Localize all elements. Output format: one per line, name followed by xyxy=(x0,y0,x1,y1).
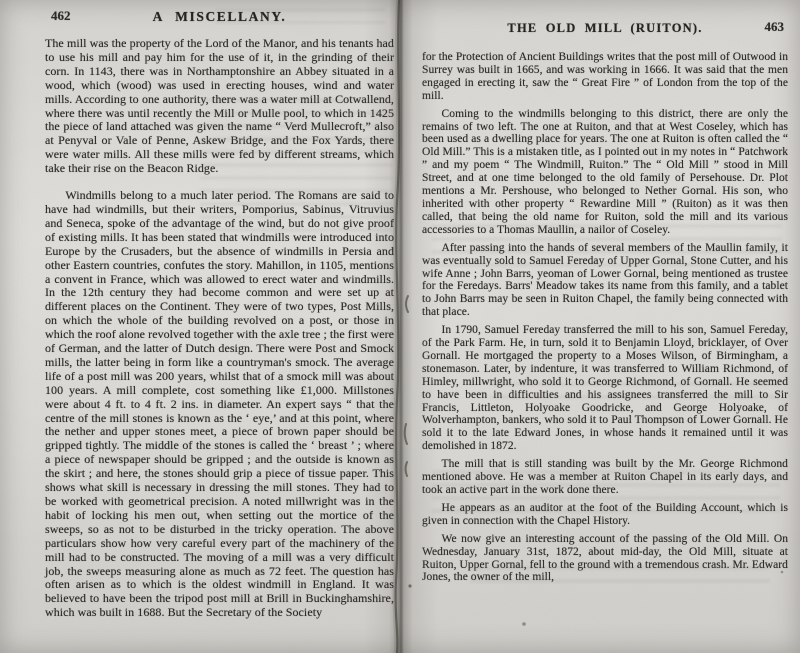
left-running-head: 462 A MISCELLANY. xyxy=(45,8,394,26)
paragraph: In 1790, Samuel Fereday transferred the … xyxy=(422,324,788,453)
right-page-body: for the Protection of Ancient Buildings … xyxy=(422,51,788,584)
page-left: 462 A MISCELLANY. The mill was the prope… xyxy=(0,0,400,653)
right-running-head: THE OLD MILL (RUITON). 463 xyxy=(422,19,788,37)
paragraph: The mill was the property of the Lord of… xyxy=(45,37,394,176)
paragraph: After passing into the hands of several … xyxy=(422,242,788,319)
right-page-title: THE OLD MILL (RUITON). xyxy=(507,21,702,35)
paragraph: He appears as an auditor at the foot of … xyxy=(422,502,788,528)
left-page-body: The mill was the property of the Lord of… xyxy=(45,37,394,620)
paragraph: The mill that is still standing was buil… xyxy=(422,458,788,497)
paragraph: Windmills belong to a much later period.… xyxy=(45,189,394,620)
right-page-number: 463 xyxy=(765,19,785,35)
left-page-title: A MISCELLANY. xyxy=(153,9,287,24)
paragraph: We now give an interesting account of th… xyxy=(422,533,788,585)
left-page-number: 462 xyxy=(51,8,71,24)
paragraph: Coming to the windmills belonging to thi… xyxy=(422,108,788,237)
page-right: THE OLD MILL (RUITON). 463 for the Prote… xyxy=(400,0,800,653)
paragraph: for the Protection of Ancient Buildings … xyxy=(422,51,788,103)
book-spread-scan: 462 A MISCELLANY. The mill was the prope… xyxy=(0,0,800,653)
